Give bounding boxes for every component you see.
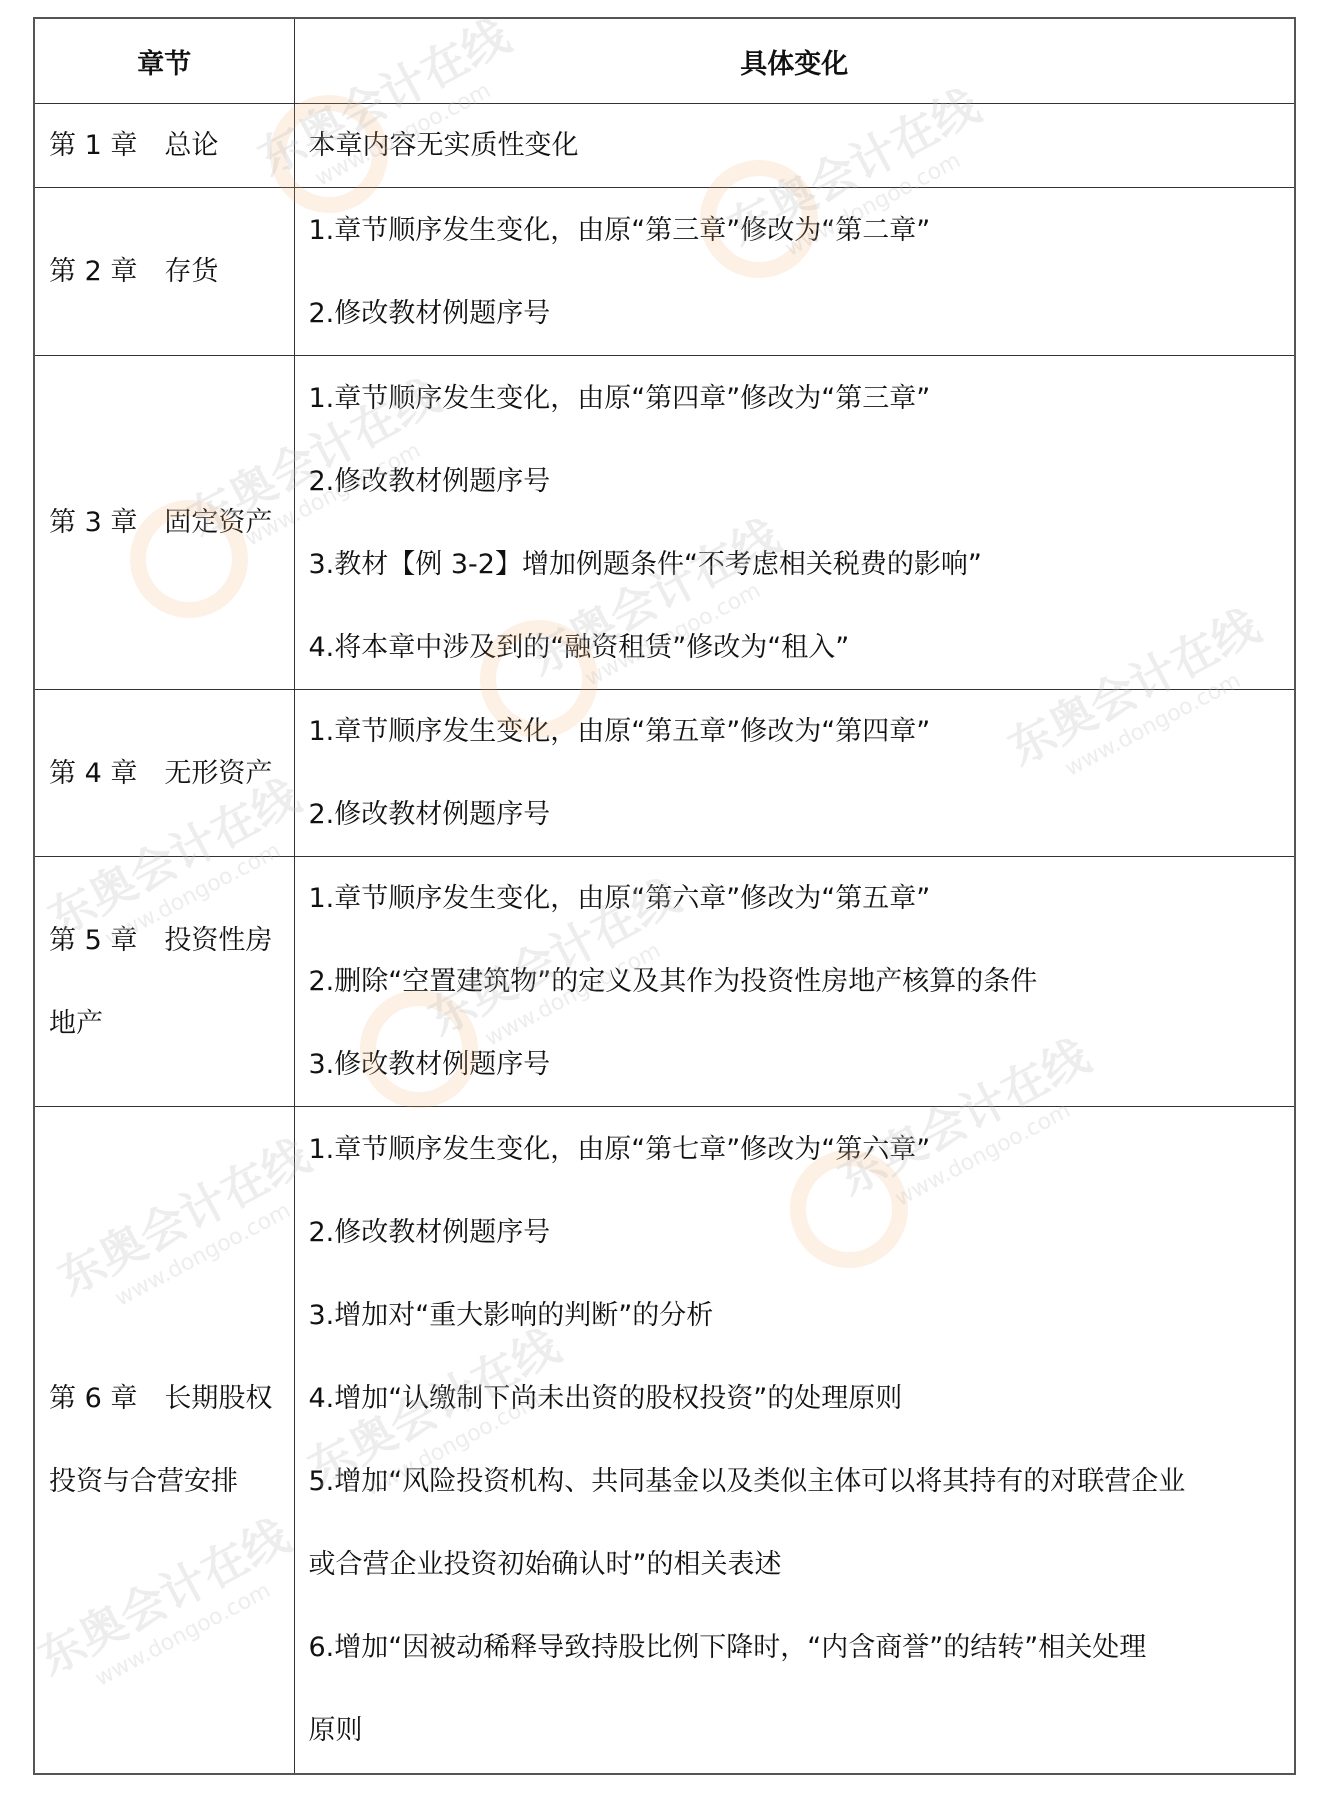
chapter-cell: 第 1 章 总论 bbox=[34, 104, 294, 188]
change-item: 2.修改教材例题序号 bbox=[309, 440, 1283, 523]
chapter-title-cont: 投资与合营安排 bbox=[49, 1440, 282, 1523]
change-item: 本章内容无实质性变化 bbox=[309, 104, 1283, 187]
change-item: 1.章节顺序发生变化，由原“第七章”修改为“第六章” bbox=[309, 1108, 1283, 1191]
chapter-title: 第 6 章 长期股权 bbox=[49, 1357, 282, 1440]
change-item: 2.修改教材例题序号 bbox=[309, 773, 1283, 856]
changes-cell: 1.章节顺序发生变化，由原“第五章”修改为“第四章” 2.修改教材例题序号 bbox=[294, 690, 1295, 857]
header-changes: 具体变化 bbox=[294, 18, 1295, 104]
chapter-title-cont: 地产 bbox=[49, 982, 282, 1065]
change-item: 1.章节顺序发生变化，由原“第五章”修改为“第四章” bbox=[309, 690, 1283, 773]
change-item-cont: 原则 bbox=[309, 1689, 1283, 1772]
change-item-cont: 或合营企业投资初始确认时”的相关表述 bbox=[309, 1523, 1283, 1606]
chapter-cell: 第 4 章 无形资产 bbox=[34, 690, 294, 857]
chapter-title: 第 3 章 固定资产 bbox=[49, 481, 282, 564]
change-item: 1.章节顺序发生变化，由原“第三章”修改为“第二章” bbox=[309, 189, 1283, 272]
chapter-title: 第 2 章 存货 bbox=[49, 230, 282, 313]
changes-cell: 1.章节顺序发生变化，由原“第三章”修改为“第二章” 2.修改教材例题序号 bbox=[294, 188, 1295, 356]
change-item: 6.增加“因被动稀释导致持股比例下降时，“内含商誉”的结转”相关处理 bbox=[309, 1606, 1283, 1689]
chapter-cell: 第 3 章 固定资产 bbox=[34, 356, 294, 690]
chapter-title: 第 1 章 总论 bbox=[49, 104, 282, 187]
change-item: 2.修改教材例题序号 bbox=[309, 272, 1283, 355]
changes-cell: 1.章节顺序发生变化，由原“第七章”修改为“第六章” 2.修改教材例题序号 3.… bbox=[294, 1107, 1295, 1775]
chapter-cell: 第 5 章 投资性房 地产 bbox=[34, 857, 294, 1107]
table-row: 第 1 章 总论 本章内容无实质性变化 bbox=[34, 104, 1295, 188]
table-row: 第 4 章 无形资产 1.章节顺序发生变化，由原“第五章”修改为“第四章” 2.… bbox=[34, 690, 1295, 857]
table-row: 第 3 章 固定资产 1.章节顺序发生变化，由原“第四章”修改为“第三章” 2.… bbox=[34, 356, 1295, 690]
chapter-cell: 第 6 章 长期股权 投资与合营安排 bbox=[34, 1107, 294, 1775]
table-row: 第 5 章 投资性房 地产 1.章节顺序发生变化，由原“第六章”修改为“第五章”… bbox=[34, 857, 1295, 1107]
table-row: 第 6 章 长期股权 投资与合营安排 1.章节顺序发生变化，由原“第七章”修改为… bbox=[34, 1107, 1295, 1775]
change-item: 1.章节顺序发生变化，由原“第四章”修改为“第三章” bbox=[309, 357, 1283, 440]
change-item: 4.将本章中涉及到的“融资租赁”修改为“租入” bbox=[309, 606, 1283, 689]
change-item: 2.删除“空置建筑物”的定义及其作为投资性房地产核算的条件 bbox=[309, 940, 1283, 1023]
change-item: 3.教材【例 3-2】增加例题条件“不考虑相关税费的影响” bbox=[309, 523, 1283, 606]
change-item: 3.修改教材例题序号 bbox=[309, 1023, 1283, 1106]
table-header-row: 章节 具体变化 bbox=[34, 18, 1295, 104]
change-item: 4.增加“认缴制下尚未出资的股权投资”的处理原则 bbox=[309, 1357, 1283, 1440]
chapter-changes-table: 章节 具体变化 第 1 章 总论 本章内容无实质性变化 第 2 章 存货 1.章… bbox=[33, 17, 1296, 1775]
change-item: 3.增加对“重大影响的判断”的分析 bbox=[309, 1274, 1283, 1357]
change-item: 2.修改教材例题序号 bbox=[309, 1191, 1283, 1274]
change-item: 1.章节顺序发生变化，由原“第六章”修改为“第五章” bbox=[309, 857, 1283, 940]
chapter-title: 第 4 章 无形资产 bbox=[49, 732, 282, 815]
header-chapter: 章节 bbox=[34, 18, 294, 104]
changes-cell: 1.章节顺序发生变化，由原“第六章”修改为“第五章” 2.删除“空置建筑物”的定… bbox=[294, 857, 1295, 1107]
chapter-cell: 第 2 章 存货 bbox=[34, 188, 294, 356]
changes-cell: 1.章节顺序发生变化，由原“第四章”修改为“第三章” 2.修改教材例题序号 3.… bbox=[294, 356, 1295, 690]
chapter-title: 第 5 章 投资性房 bbox=[49, 899, 282, 982]
table-row: 第 2 章 存货 1.章节顺序发生变化，由原“第三章”修改为“第二章” 2.修改… bbox=[34, 188, 1295, 356]
change-item: 5.增加“风险投资机构、共同基金以及类似主体可以将其持有的对联营企业 bbox=[309, 1440, 1283, 1523]
changes-cell: 本章内容无实质性变化 bbox=[294, 104, 1295, 188]
